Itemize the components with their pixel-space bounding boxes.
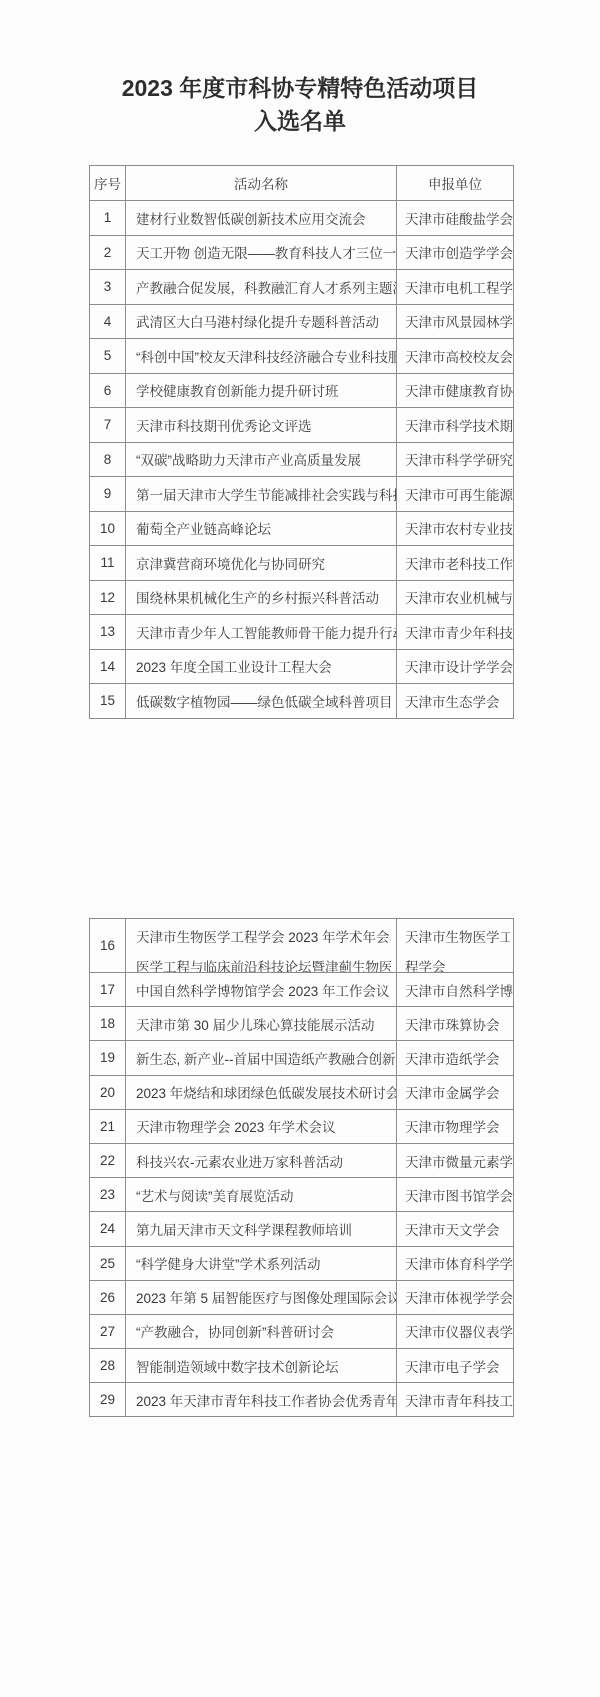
row-index: 14	[90, 649, 126, 684]
table-row: 202023 年烧结和球团绿色低碳发展技术研讨会天津市金属学会	[90, 1075, 514, 1109]
reporting-unit: 天津市生物医学工程学会	[397, 919, 514, 973]
table-row: 10葡萄全产业链高峰论坛天津市农村专业技	[90, 511, 514, 546]
reporting-unit: 天津市微量元素学	[397, 1143, 514, 1177]
activity-name: 天津市第 30 届少儿珠心算技能展示活动	[126, 1007, 397, 1041]
row-index: 23	[90, 1178, 126, 1212]
table-row: 1建材行业数智低碳创新技术应用交流会天津市硅酸盐学会	[90, 201, 514, 236]
row-index: 3	[90, 270, 126, 305]
table-row: 18天津市第 30 届少儿珠心算技能展示活动天津市珠算协会	[90, 1007, 514, 1041]
reporting-unit: 天津市电子学会	[397, 1349, 514, 1383]
reporting-unit: 天津市老科技工作	[397, 546, 514, 581]
table-row: 3产教融合促发展，科教融汇育人才系列主题活动天津市电机工程学	[90, 270, 514, 305]
table-row: 27“产教融合，协同创新”科普研讨会天津市仪器仪表学	[90, 1314, 514, 1348]
activity-name: 天工开物 创造无限——教育科技人才三位一体	[126, 235, 397, 270]
activity-name: 2023 年天津市青年科技工作者协会优秀青年科技	[126, 1383, 397, 1417]
selection-table-part-2: 16天津市生物医学工程学会 2023 年学术年会、生物医学工程与临床前沿科技论坛…	[89, 918, 514, 1417]
activity-name: 科技兴农-元素农业进万家科普活动	[126, 1143, 397, 1177]
table-row: 19新生态, 新产业--首届中国造纸产教融合创新发展天津市造纸学会	[90, 1041, 514, 1075]
row-index: 4	[90, 304, 126, 339]
activity-name: 低碳数字植物园——绿色低碳全域科普项目	[126, 684, 397, 719]
row-index: 17	[90, 973, 126, 1007]
table-row: 2天工开物 创造无限——教育科技人才三位一体天津市创造学学会	[90, 235, 514, 270]
reporting-unit: 天津市风景园林学	[397, 304, 514, 339]
activity-name: 葡萄全产业链高峰论坛	[126, 511, 397, 546]
activity-name: 产教融合促发展，科教融汇育人才系列主题活动	[126, 270, 397, 305]
activity-name: 2023 年度全国工业设计工程大会	[126, 649, 397, 684]
reporting-unit: 天津市农业机械与	[397, 580, 514, 615]
activity-name: 天津市物理学会 2023 年学术会议	[126, 1109, 397, 1143]
row-index: 29	[90, 1383, 126, 1417]
header-activity-name: 活动名称	[126, 166, 397, 201]
reporting-unit: 天津市高校校友会	[397, 339, 514, 374]
activity-name: 第九届天津市天文科学课程教师培训	[126, 1212, 397, 1246]
reporting-unit: 天津市图书馆学会	[397, 1178, 514, 1212]
table-row: 25“科学健身大讲堂”学术系列活动天津市体育科学学	[90, 1246, 514, 1280]
activity-name: “科学健身大讲堂”学术系列活动	[126, 1246, 397, 1280]
reporting-unit: 天津市青少年科技	[397, 615, 514, 650]
page-title-line1: 2023 年度市科协专精特色活动项目	[122, 75, 479, 101]
selection-table-part-1: 序号 活动名称 申报单位 1建材行业数智低碳创新技术应用交流会天津市硅酸盐学会2…	[89, 165, 514, 719]
activity-name: 天津市科技期刊优秀论文评选	[126, 408, 397, 443]
row-index: 12	[90, 580, 126, 615]
reporting-unit: 天津市科学技术期	[397, 408, 514, 443]
activity-name: 新生态, 新产业--首届中国造纸产教融合创新发展	[126, 1041, 397, 1075]
table-row: 5“科创中国”校友天津科技经济融合专业科技服务天津市高校校友会	[90, 339, 514, 374]
activity-name: 京津冀营商环境优化与协同研究	[126, 546, 397, 581]
table-row: 6学校健康教育创新能力提升研讨班天津市健康教育协	[90, 373, 514, 408]
reporting-unit: 天津市造纸学会	[397, 1041, 514, 1075]
reporting-unit: 天津市健康教育协	[397, 373, 514, 408]
row-index: 26	[90, 1280, 126, 1314]
reporting-unit: 天津市科学学研究	[397, 442, 514, 477]
row-index: 18	[90, 1007, 126, 1041]
row-index: 6	[90, 373, 126, 408]
row-index: 16	[90, 919, 126, 973]
row-index: 9	[90, 477, 126, 512]
activity-name: 智能制造领域中数字技术创新论坛	[126, 1349, 397, 1383]
activity-name: “科创中国”校友天津科技经济融合专业科技服务	[126, 339, 397, 374]
reporting-unit: 天津市物理学会	[397, 1109, 514, 1143]
reporting-unit: 天津市青年科技工	[397, 1383, 514, 1417]
page-title: 2023 年度市科协专精特色活动项目 入选名单	[0, 72, 600, 138]
row-index: 22	[90, 1143, 126, 1177]
table-row: 24第九届天津市天文科学课程教师培训天津市天文学会	[90, 1212, 514, 1246]
activity-name: “产教融合，协同创新”科普研讨会	[126, 1314, 397, 1348]
activity-name: “双碳”战略助力天津市产业高质量发展	[126, 442, 397, 477]
table-row: 142023 年度全国工业设计工程大会天津市设计学学会	[90, 649, 514, 684]
table-row: 22科技兴农-元素农业进万家科普活动天津市微量元素学	[90, 1143, 514, 1177]
reporting-unit: 天津市电机工程学	[397, 270, 514, 305]
table-row: 4武清区大白马港村绿化提升专题科普活动天津市风景园林学	[90, 304, 514, 339]
reporting-unit: 天津市金属学会	[397, 1075, 514, 1109]
activity-name: 学校健康教育创新能力提升研讨班	[126, 373, 397, 408]
row-index: 1	[90, 201, 126, 236]
table-row: 262023 年第 5 届智能医疗与图像处理国际会议天津市体视学学会	[90, 1280, 514, 1314]
row-index: 19	[90, 1041, 126, 1075]
table-row: 15低碳数字植物园——绿色低碳全域科普项目天津市生态学会	[90, 684, 514, 719]
activity-name: 武清区大白马港村绿化提升专题科普活动	[126, 304, 397, 339]
activity-name: 第一届天津市大学生节能减排社会实践与科技竞	[126, 477, 397, 512]
activity-name: 天津市生物医学工程学会 2023 年学术年会、生物医学工程与临床前沿科技论坛暨津…	[126, 919, 397, 973]
header-index: 序号	[90, 166, 126, 201]
page-title-line2: 入选名单	[254, 108, 346, 134]
table-row: 7天津市科技期刊优秀论文评选天津市科学技术期	[90, 408, 514, 443]
reporting-unit: 天津市农村专业技	[397, 511, 514, 546]
reporting-unit: 天津市创造学学会	[397, 235, 514, 270]
reporting-unit: 天津市生态学会	[397, 684, 514, 719]
row-index: 11	[90, 546, 126, 581]
reporting-unit: 天津市仪器仪表学	[397, 1314, 514, 1348]
reporting-unit: 天津市珠算协会	[397, 1007, 514, 1041]
table-row: 17中国自然科学博物馆学会 2023 年工作会议天津市自然科学博	[90, 973, 514, 1007]
row-index: 5	[90, 339, 126, 374]
row-index: 8	[90, 442, 126, 477]
activity-name: 建材行业数智低碳创新技术应用交流会	[126, 201, 397, 236]
reporting-unit: 天津市硅酸盐学会	[397, 201, 514, 236]
table-header-row: 序号 活动名称 申报单位	[90, 166, 514, 201]
row-index: 20	[90, 1075, 126, 1109]
row-index: 13	[90, 615, 126, 650]
table-row: 23“艺术与阅读”美育展览活动天津市图书馆学会	[90, 1178, 514, 1212]
table-row: 11京津冀营商环境优化与协同研究天津市老科技工作	[90, 546, 514, 581]
reporting-unit: 天津市自然科学博	[397, 973, 514, 1007]
row-index: 7	[90, 408, 126, 443]
row-index: 15	[90, 684, 126, 719]
activity-name: 中国自然科学博物馆学会 2023 年工作会议	[126, 973, 397, 1007]
row-index: 25	[90, 1246, 126, 1280]
row-index: 24	[90, 1212, 126, 1246]
reporting-unit: 天津市体育科学学	[397, 1246, 514, 1280]
reporting-unit: 天津市体视学学会	[397, 1280, 514, 1314]
row-index: 27	[90, 1314, 126, 1348]
activity-name: 围绕林果机械化生产的乡村振兴科普活动	[126, 580, 397, 615]
row-index: 2	[90, 235, 126, 270]
activity-name: 天津市青少年人工智能教师骨干能力提升行动	[126, 615, 397, 650]
reporting-unit: 天津市天文学会	[397, 1212, 514, 1246]
table-row: 9第一届天津市大学生节能减排社会实践与科技竞天津市可再生能源	[90, 477, 514, 512]
table-row: 21天津市物理学会 2023 年学术会议天津市物理学会	[90, 1109, 514, 1143]
table-row: 28智能制造领域中数字技术创新论坛天津市电子学会	[90, 1349, 514, 1383]
reporting-unit: 天津市可再生能源	[397, 477, 514, 512]
activity-name: 2023 年烧结和球团绿色低碳发展技术研讨会	[126, 1075, 397, 1109]
table-row: 292023 年天津市青年科技工作者协会优秀青年科技天津市青年科技工	[90, 1383, 514, 1417]
row-index: 28	[90, 1349, 126, 1383]
row-index: 21	[90, 1109, 126, 1143]
row-index: 10	[90, 511, 126, 546]
header-reporting-unit: 申报单位	[397, 166, 514, 201]
activity-name: 2023 年第 5 届智能医疗与图像处理国际会议	[126, 1280, 397, 1314]
table-row: 16天津市生物医学工程学会 2023 年学术年会、生物医学工程与临床前沿科技论坛…	[90, 919, 514, 973]
table-row: 13天津市青少年人工智能教师骨干能力提升行动天津市青少年科技	[90, 615, 514, 650]
activity-name: “艺术与阅读”美育展览活动	[126, 1178, 397, 1212]
table-row: 12围绕林果机械化生产的乡村振兴科普活动天津市农业机械与	[90, 580, 514, 615]
reporting-unit: 天津市设计学学会	[397, 649, 514, 684]
table-row: 8“双碳”战略助力天津市产业高质量发展天津市科学学研究	[90, 442, 514, 477]
